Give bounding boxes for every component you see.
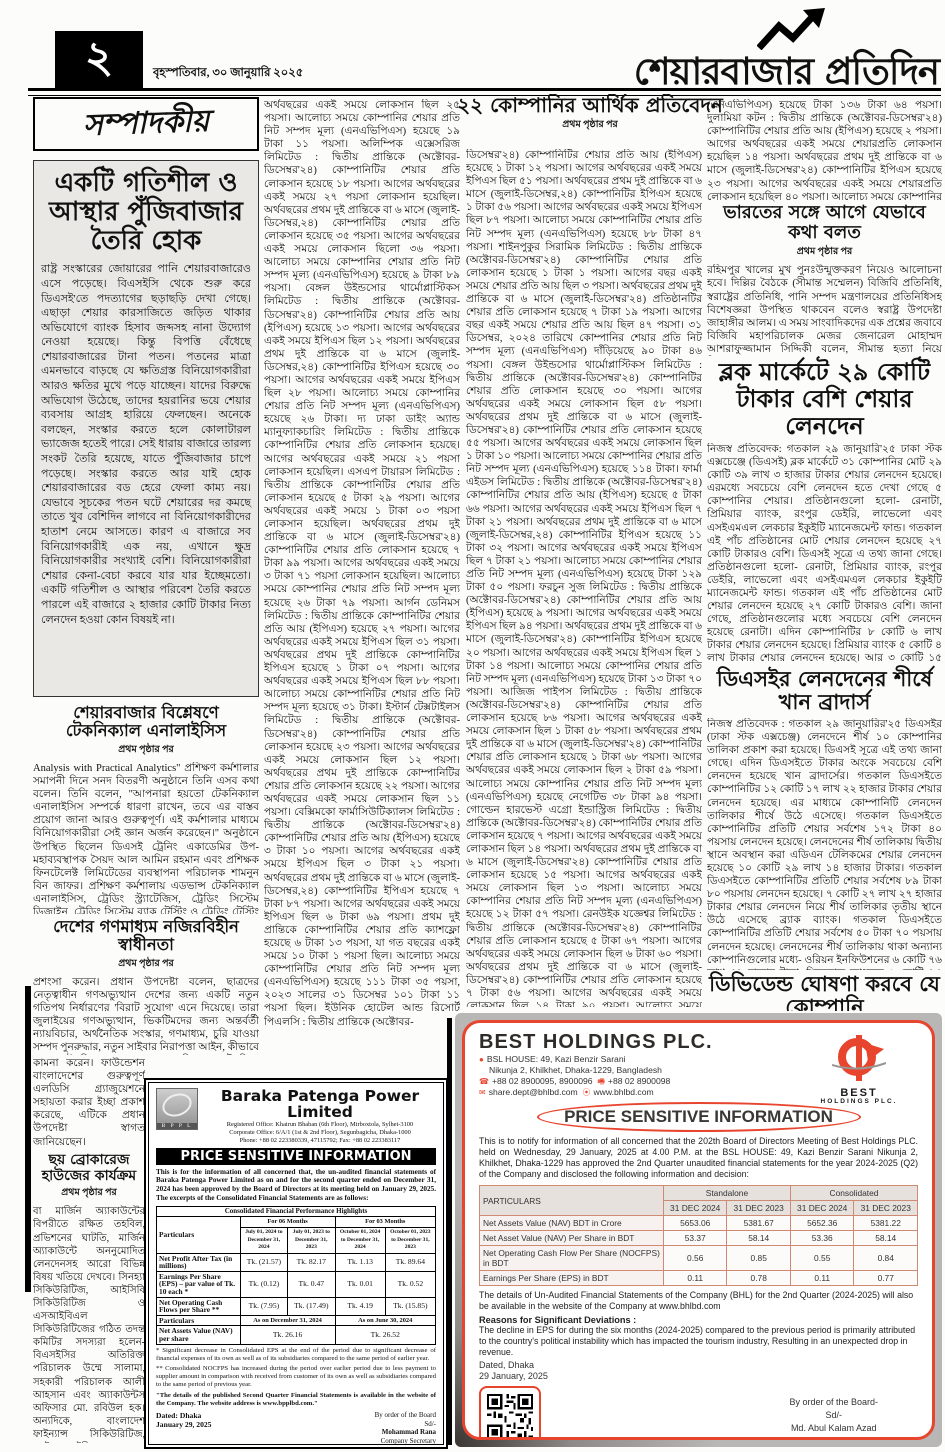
phone-icon: ☎ (479, 1077, 489, 1086)
cell: Tk. (15.85) (385, 1297, 435, 1315)
article-headline: ভারতের সঙ্গে আগে যেভাবে কথা বলত (707, 203, 942, 243)
editorial-body: রাষ্ট্র সংস্কারের জোয়ারের পানি শেয়ারবা… (41, 262, 251, 627)
article-headline: দেশের গণমাধ্যম নজিরবিহীন স্বাধীনতা (33, 918, 259, 955)
best-logo-glyph-icon (832, 1033, 886, 1083)
date-col: July 01, 2024 to December 31, 2024 (240, 1227, 287, 1253)
table-row: Earnings Per Share (EPS) in BDT 0.11 0.7… (480, 1271, 918, 1286)
table-row: Net Profit After Tax (in millions) Tk. (… (157, 1253, 436, 1271)
article-dividend: ডিভিডেন্ড ঘোষণা করবে যে কোম্পানি নিজস্ব … (707, 973, 942, 1011)
article-headline: ব্লক মার্কেটে ২৯ কোটি টাকার বেশি শেয়ার … (707, 359, 942, 440)
cell: Tk. 4.19 (335, 1297, 385, 1315)
right-column: (এনএভিপিএস) হয়েছে টাকা ১৩৬ টাকা ৬৪ পয়স… (707, 99, 942, 1011)
scan-artifact-bar-left (25, 986, 31, 1292)
best-dated-place: Dated, Dhaka (479, 1360, 548, 1371)
table-title: Consolidated Financial Performance Highl… (157, 1206, 436, 1217)
article-headline: ডিভিডেন্ড ঘোষণা করবে যে কোম্পানি (707, 973, 942, 1011)
nav-date-col: As on June 30, 2024 (335, 1315, 436, 1326)
table-row: Earnings Per Share (EPS) – par value of … (157, 1271, 436, 1297)
particulars-header: PARTICULARS (480, 1186, 664, 1216)
fax-icon: 🖷 (597, 1077, 605, 1086)
date-col: 31 DEC 2024 (790, 1201, 854, 1216)
row-label: Net Profit After Tax (in millions) (157, 1253, 241, 1271)
baraka-phone: Phone: +88 02 223380339, 47115792; Fax: … (204, 1137, 436, 1145)
baraka-logo-letters: B P P L (157, 1123, 197, 1129)
group-03-months: For 03 Months (335, 1217, 436, 1228)
row-label: Earnings Per Share (EPS) – par value of … (157, 1271, 241, 1297)
article-body: বা মার্জিন অ্যাকাউন্টের বিপরীতে রক্ষিত ত… (33, 1205, 145, 1443)
table-row: Net Operating Cash Flows per Share ** Tk… (157, 1297, 436, 1315)
baraka-registered-office: Registered Office: Khairun Bhaban (6th F… (204, 1121, 436, 1129)
cell: 58.14 (854, 1231, 918, 1246)
article-headline: শেয়ারবাজার বিশ্লেষণে টেকনিক্যাল এনালাইস… (33, 704, 259, 741)
date-col: July 01, 2023 to December 31, 2023 (288, 1227, 335, 1253)
editorial-article: একটি গতিশীল ও আস্থার পুঁজিবাজার তৈরি হোক… (33, 160, 259, 697)
cell: 0.55 (790, 1246, 854, 1271)
best-deviations-heading: Reasons for Significant Deviations : (479, 1315, 918, 1325)
baraka-sign-name: Mohammad Rana (375, 1428, 436, 1437)
scan-artifact-bar-middle (447, 1018, 452, 1445)
page-number-box: ২ (55, 31, 143, 89)
cell: Tk. 0.01 (335, 1271, 385, 1297)
date-col: October 01, 2023 to December 31, 2023 (385, 1227, 435, 1253)
best-holdings-ad-frame: BEST HOLDINGS PLC. ●BSL HOUSE: 49, Kazi … (455, 1013, 942, 1447)
cell: Tk. (0.12) (240, 1271, 287, 1297)
nav-date-col: As on December 31, 2024 (240, 1315, 335, 1326)
cell: 0.56 (663, 1246, 727, 1271)
cell: 58.14 (727, 1231, 791, 1246)
cell: Tk. 0.47 (288, 1271, 335, 1297)
table-row: Net Assets Value (NAV) BDT in Crore 5653… (480, 1216, 918, 1231)
best-financial-table: PARTICULARS Standalone Consolidated 31 D… (479, 1185, 918, 1286)
cell: 5652.36 (790, 1216, 854, 1231)
best-phone: +88 02 8900095, 8900096 (492, 1076, 593, 1086)
article-block-market: ব্লক মার্কেটে ২৯ কোটি টাকার বেশি শেয়ার … (707, 359, 942, 665)
cell: Tk. 89.64 (385, 1253, 435, 1271)
baraka-psi-title: PRICE SENSITIVE INFORMATION (156, 1148, 436, 1165)
cell: 5653.06 (663, 1216, 727, 1231)
article-technical-analysis: শেয়ারবাজার বিশ্লেষণে টেকনিক্যাল এনালাইস… (33, 704, 259, 914)
continued-from-front: প্রথম পৃষ্ঠার পর (33, 1186, 145, 1201)
cell: Tk. 1.13 (335, 1253, 385, 1271)
particulars-header: Particulars (157, 1217, 241, 1253)
cell: Tk. 26.16 (240, 1326, 335, 1344)
globe-icon: ⦿ (582, 1088, 590, 1097)
email-icon: ✉ (479, 1088, 486, 1097)
best-email: share.dept@bhlbd.com (489, 1087, 578, 1097)
location-pin-icon: ● (479, 1055, 484, 1064)
baraka-patenga-ad: B P P L Baraka Patenga Power Limited Reg… (148, 1082, 444, 1445)
best-fax: +88 02 8900098 (608, 1076, 670, 1086)
article-body: রহিমপুর খালের মুখ পুনঃউন্মুক্তকরণ নিয়েও… (707, 264, 942, 356)
row-label: Net Operating Cash Flows per Share ** (157, 1297, 241, 1315)
financial-report-column3: ডিসেম্বর'২৪) কোম্পানিটির শেয়ার প্রতি আয… (466, 149, 702, 1007)
row-label: Net Operating Cash Flow Per Share (NOCFP… (480, 1246, 664, 1271)
newspaper-page: ২ বৃহস্পতিবার, ৩০ জানুয়ারি ২০২৫ শেয়ারব… (0, 0, 945, 1452)
cell: Tk. 0.52 (385, 1271, 435, 1297)
group-06-months: For 06 Months (240, 1217, 335, 1228)
baraka-sign-sd: Sd/- (375, 1420, 436, 1429)
qr-code (479, 1386, 541, 1440)
cell: Tk. (21.57) (240, 1253, 287, 1271)
page-number: ২ (85, 24, 114, 97)
baraka-sign-order: By order of the Board (375, 1411, 436, 1420)
best-note: The details of Un-Audited Financial Stat… (479, 1290, 918, 1312)
editorial-section-box: সম্পাদকীয় (33, 97, 259, 151)
continued-from-front: প্রথম পৃষ্ঠার পর (707, 245, 942, 260)
group-standalone: Standalone (663, 1186, 790, 1201)
cell: 0.85 (727, 1246, 791, 1271)
article-dse-top: ডিএসইর লেনদেনের শীর্ষে খান ব্রাদার্স নিজ… (707, 668, 942, 970)
table-row: Net Assets Value (NAV) per share Tk. 26.… (157, 1326, 436, 1344)
issue-date: বৃহস্পতিবার, ৩০ জানুয়ারি ২০২৫ (153, 64, 303, 83)
best-website: www.bhlbd.com (593, 1087, 653, 1097)
cell: 53.36 (790, 1231, 854, 1246)
best-sign-order: By order of the Board- (789, 1396, 878, 1409)
article-body: নিজস্ব প্রতিবেদক: গতকাল ২৯ জানুয়ারি'২৫ … (707, 443, 942, 665)
best-logo: BEST HOLDINGS PLC. (804, 1033, 914, 1105)
article-body: নিজস্ব প্রতিবেদক : গতকাল ২৯ জানুয়ারির'২… (707, 718, 942, 970)
baraka-dated-place: Dated: Dhaka (156, 1411, 211, 1420)
baraka-note-1: * Significant decrease in Consolidated E… (156, 1347, 436, 1363)
baraka-financial-table: Consolidated Financial Performance Highl… (156, 1206, 436, 1345)
baraka-note-2: ** Consolidated NOCFPS has increased dur… (156, 1365, 436, 1390)
baraka-intro: This is for the information of all conce… (156, 1168, 436, 1203)
cell: Tk. (17.49) (288, 1297, 335, 1315)
continued-from-front: প্রথম পৃষ্ঠার পর (33, 957, 259, 972)
continued-from-front: প্রথম পৃষ্ঠার পর (33, 743, 259, 758)
cell: Tk. 26.52 (335, 1326, 436, 1344)
cell: 5381.67 (727, 1216, 791, 1231)
article-body: প্রশংসা করেন। প্রধান উপদেষ্টা বলেন, ছাত্… (33, 976, 259, 1055)
best-holdings-ad: BEST HOLDINGS PLC. ●BSL HOUSE: 49, Kazi … (462, 1020, 935, 1440)
table-row: Net Operating Cash Flow Per Share (NOCFP… (480, 1246, 918, 1271)
baraka-note-3: "The details of the published Second Qua… (156, 1392, 436, 1408)
baraka-logo: B P P L (156, 1088, 198, 1130)
editorial-section-label: সম্পাদকীয় (82, 97, 210, 152)
best-intro: This is to notify for information of all… (479, 1136, 918, 1180)
left-column-narrow: কামনা করেন। ফাউন্ডেশন বাংলাদেশের গুরুত্ব… (33, 1057, 145, 1449)
best-address-2: Nikunja 2, Khilkhet, Dhaka-1229, Banglad… (489, 1065, 662, 1075)
nav-particulars-header: Particulars (157, 1315, 241, 1326)
cell: 0.77 (854, 1271, 918, 1286)
baraka-corporate-office: Corporate Office: 6/A/1 (1st & 2nd Floor… (204, 1129, 436, 1137)
best-logo-text-1: BEST (804, 1088, 914, 1098)
cell: 0.11 (790, 1271, 854, 1286)
best-dated-date: 29 January, 2025 (479, 1371, 548, 1382)
cell: 0.84 (854, 1246, 918, 1271)
editorial-headline: একটি গতিশীল ও আস্থার পুঁজিবাজার তৈরি হোক (41, 169, 251, 256)
financial-report-headline: ২২ কোম্পানির আর্থিক প্রতিবেদন (440, 94, 740, 116)
left-column: সম্পাদকীয় একটি গতিশীল ও আস্থার পুঁজিবাজ… (33, 97, 259, 1055)
cell: Tk. (7.95) (240, 1297, 287, 1315)
financial-report-column2: অর্থবছরের একই সময়ে লোকসান ছিল ২৫ পয়সা।… (264, 99, 460, 1077)
best-sign-name: Md. Abul Kalam Azad (789, 1422, 878, 1435)
baraka-company-name: Baraka Patenga Power Limited (204, 1088, 436, 1121)
cell: 53.37 (663, 1231, 727, 1246)
best-logo-text-2: HOLDINGS PLC. (804, 1098, 914, 1105)
table-row: Net Asset Value (NAV) Per Share in BDT 5… (480, 1231, 918, 1246)
date-col: 31 DEC 2024 (663, 1201, 727, 1216)
row-label: Net Asset Value (NAV) Per Share in BDT (480, 1231, 664, 1246)
article-body-continued: কামনা করেন। ফাউন্ডেশন বাংলাদেশের গুরুত্ব… (33, 1057, 145, 1153)
baraka-logo-oval-icon (159, 1090, 195, 1121)
group-consolidated: Consolidated (790, 1186, 917, 1201)
cell: 0.78 (727, 1271, 791, 1286)
article-headline: ডিএসইর লেনদেনের শীর্ষে খান ব্রাদার্স (707, 668, 942, 715)
best-sign-sd: Sd/- (789, 1409, 878, 1422)
cell: 5381.22 (854, 1216, 918, 1231)
best-address-1: BSL HOUSE: 49, Kazi Benzir Sarani (487, 1054, 626, 1064)
article-headline: ছয় ব্রোকারেজ হাউজের কার্যক্রম (33, 1153, 145, 1184)
continued-from-front: প্রথম পৃষ্ঠার পর (440, 118, 740, 133)
best-psi-title: PRICE SENSITIVE INFORMATION (537, 1102, 861, 1132)
date-col: 31 DEC 2023 (854, 1201, 918, 1216)
cell: 0.11 (663, 1271, 727, 1286)
article-body: Analysis with Practical Analytics" প্রশি… (33, 762, 259, 914)
financial-report-column4: (এনএভিপিএস) হয়েছে টাকা ১৩৬ টাকা ৬৪ পয়স… (707, 99, 942, 203)
qr-code-pattern-icon (487, 1394, 533, 1440)
baraka-dated-date: January 29, 2025 (156, 1420, 211, 1429)
row-label: Net Assets Value (NAV) BDT in Crore (480, 1216, 664, 1231)
article-india-talks: ভারতের সঙ্গে আগে যেভাবে কথা বলত প্রথম পৃ… (707, 203, 942, 356)
date-col: October 01, 2024 to December 31, 2024 (335, 1227, 385, 1253)
row-label: Earnings Per Share (EPS) in BDT (480, 1271, 664, 1286)
best-sign-title: Company Secretary (789, 1435, 878, 1440)
article-media-freedom: দেশের গণমাধ্যম নজিরবিহীন স্বাধীনতা প্রথম… (33, 918, 259, 1055)
cell: Tk. 82.17 (288, 1253, 335, 1271)
date-col: 31 DEC 2023 (727, 1201, 791, 1216)
baraka-sign-title: Company Secretary (375, 1437, 436, 1445)
best-deviations-text: The decline in EPS for during the six mo… (479, 1325, 918, 1358)
financial-report-header: ২২ কোম্পানির আর্থিক প্রতিবেদন প্রথম পৃষ্… (440, 94, 740, 146)
row-label: Net Assets Value (NAV) per share (157, 1326, 241, 1344)
